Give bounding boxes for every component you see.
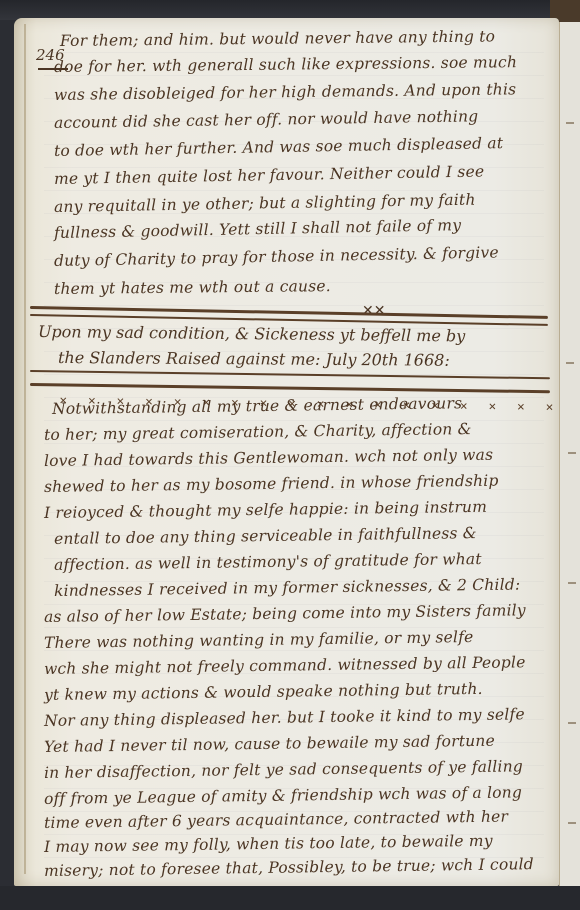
facing-page-ink-mark [568,452,576,454]
facing-page-ink-mark [566,122,574,124]
facing-page-ink-mark [568,722,576,724]
section-heading-line-2: the Slanders Raised against me: July 20t… [58,348,450,370]
end-mark: ✕✕ [362,303,385,319]
text-line: them yt hates me wth out a cause. [54,277,331,298]
facing-page-edge [559,22,580,886]
page-gutter [24,24,26,874]
manuscript-page: 246 For them; and him. but would never h… [14,18,559,886]
scan-background-bottom [0,886,580,910]
facing-page-ink-mark [566,362,574,364]
scan-background-top [0,0,580,20]
facing-page-ink-mark [568,582,576,584]
facing-page-ink-mark [568,822,576,824]
